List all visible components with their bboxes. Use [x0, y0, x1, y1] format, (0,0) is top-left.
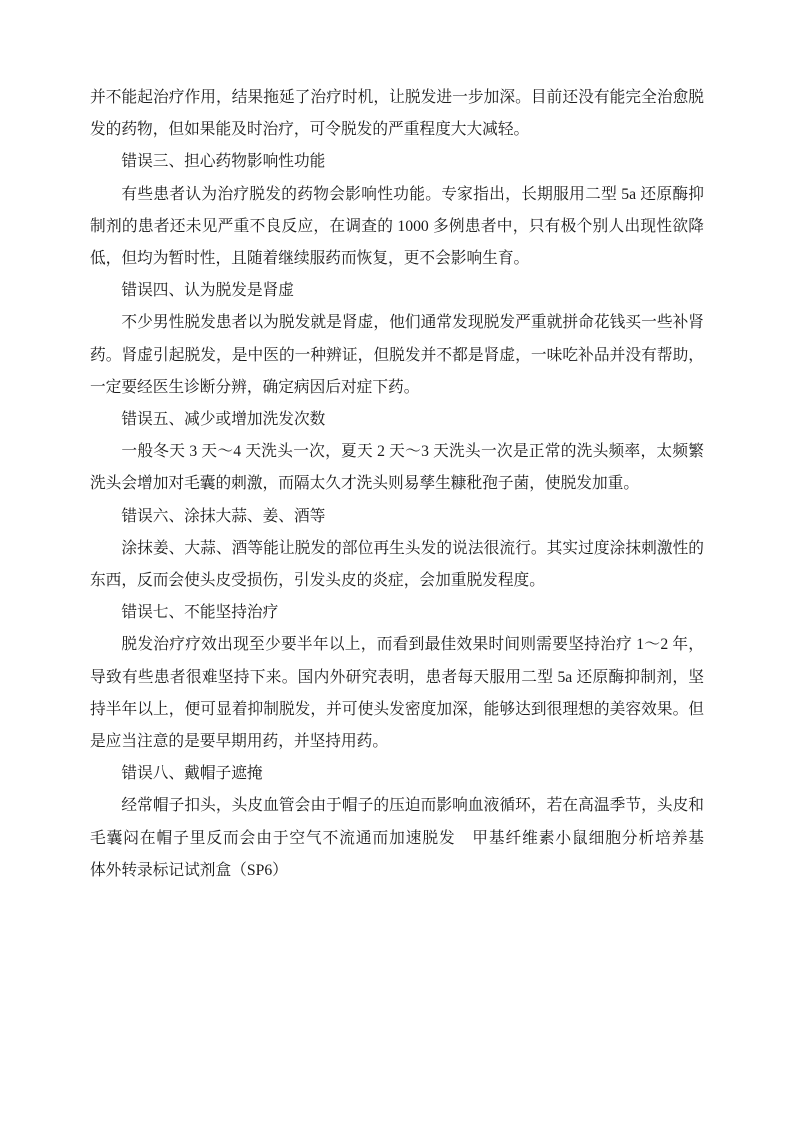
- section-heading-3: 错误三、担心药物影响性功能: [90, 146, 704, 178]
- paragraph: 不少男性脱发患者以为脱发就是肾虚，他们通常发现脱发严重就拼命花钱买一些补肾药。肾…: [90, 307, 704, 404]
- section-heading-4: 错误四、认为脱发是肾虚: [90, 275, 704, 307]
- paragraph: 脱发治疗疗效出现至少要半年以上，而看到最佳效果时间则需要坚持治疗 1～2 年，导…: [90, 629, 704, 758]
- paragraph: 经常帽子扣头，头皮血管会由于帽子的压迫而影响血液循环，若在高温季节，头皮和毛囊闷…: [90, 790, 704, 887]
- section-heading-7: 错误七、不能坚持治疗: [90, 597, 704, 629]
- paragraph: 有些患者认为治疗脱发的药物会影响性功能。专家指出，长期服用二型 5a 还原酶抑制…: [90, 179, 704, 276]
- paragraph-continuation: 并不能起治疗作用，结果拖延了治疗时机，让脱发进一步加深。目前还没有能完全治愈脱发…: [90, 82, 704, 146]
- paragraph: 涂抹姜、大蒜、酒等能让脱发的部位再生头发的说法很流行。其实过度涂抹刺激性的东西，…: [90, 533, 704, 597]
- section-heading-5: 错误五、减少或增加洗发次数: [90, 404, 704, 436]
- document-body: 并不能起治疗作用，结果拖延了治疗时机，让脱发进一步加深。目前还没有能完全治愈脱发…: [90, 82, 704, 887]
- paragraph: 一般冬天 3 天～4 天洗头一次，夏天 2 天～3 天洗头一次是正常的洗头频率，…: [90, 436, 704, 500]
- section-heading-8: 错误八、戴帽子遮掩: [90, 758, 704, 790]
- document-page: 并不能起治疗作用，结果拖延了治疗时机，让脱发进一步加深。目前还没有能完全治愈脱发…: [0, 0, 793, 1122]
- section-heading-6: 错误六、涂抹大蒜、姜、酒等: [90, 501, 704, 533]
